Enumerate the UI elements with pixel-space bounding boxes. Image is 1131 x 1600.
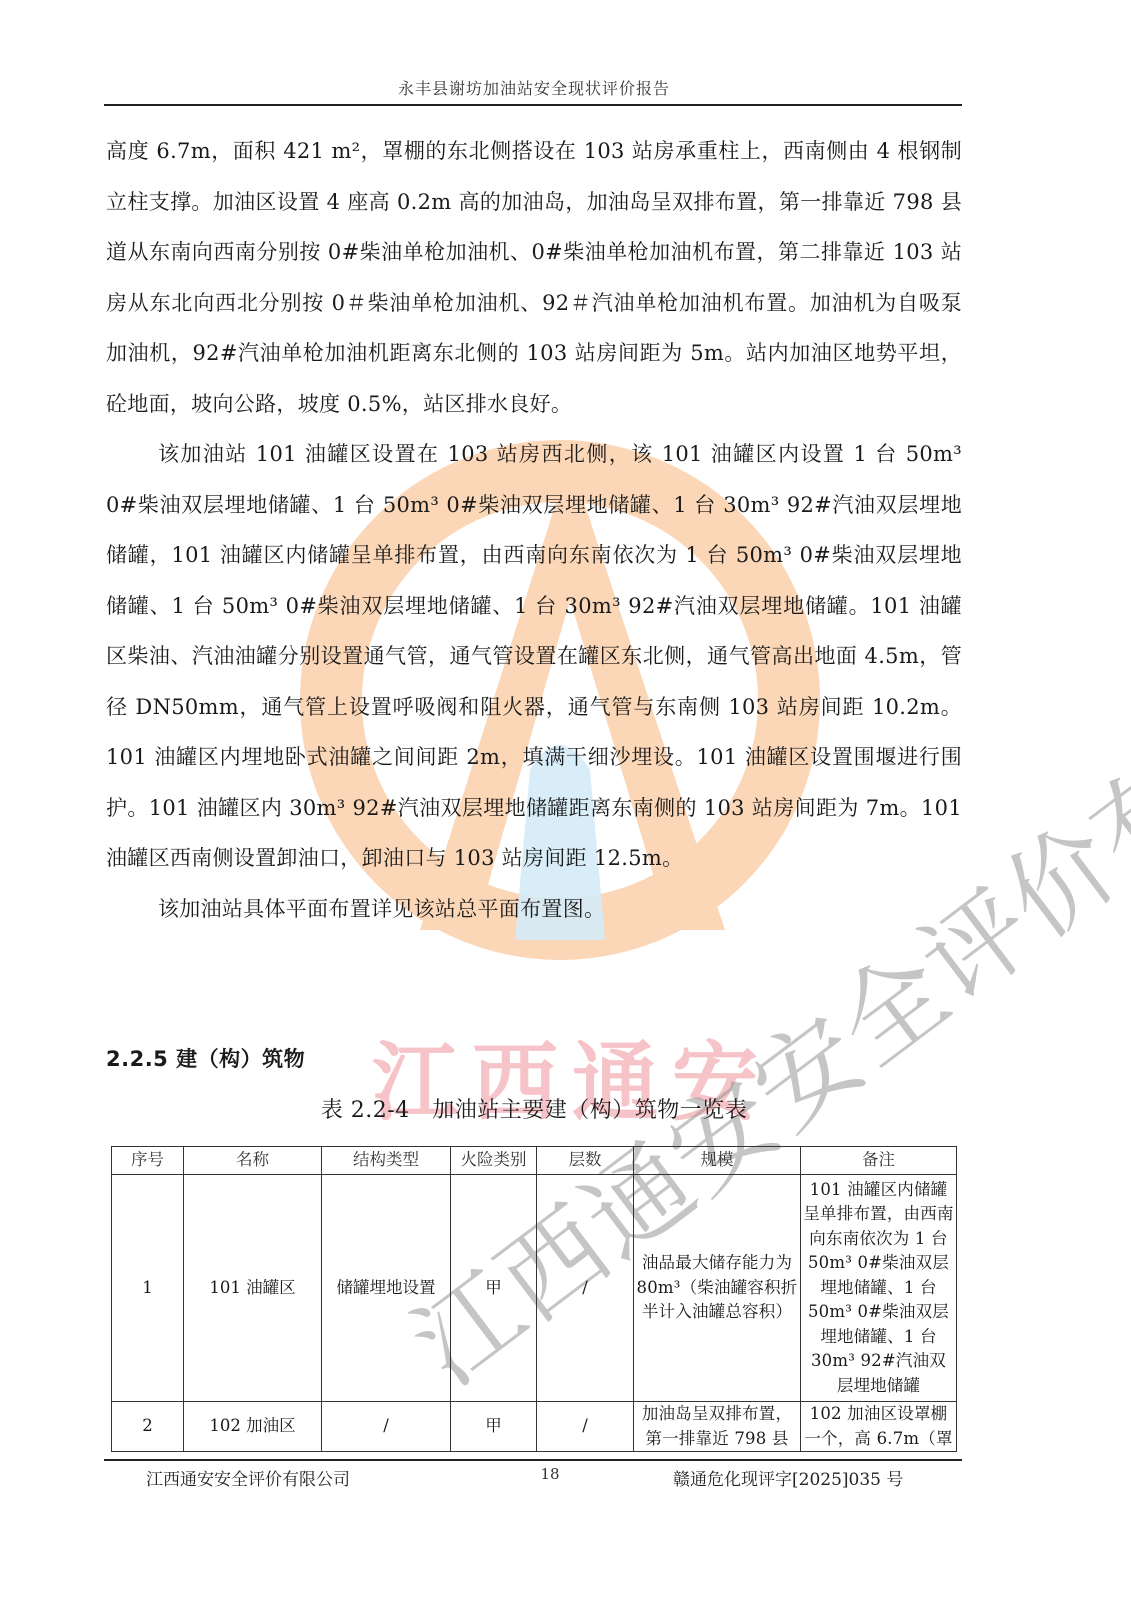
table-cell: / — [537, 1175, 634, 1402]
column-header: 备注 — [801, 1147, 957, 1175]
table-cell: 102 加油区 — [184, 1402, 322, 1452]
table-cell: 102 加油区设罩棚一个，高 6.7m（罩 — [801, 1402, 957, 1452]
table-cell: 加油岛呈双排布置，第一排靠近 798 县 — [634, 1402, 801, 1452]
column-header: 火险类别 — [451, 1147, 537, 1175]
table-cell: 储罐埋地设置 — [322, 1175, 451, 1402]
table-cell: 101 油罐区 — [184, 1175, 322, 1402]
body-text: 高度 6.7m，面积 421 m²，罩棚的东北侧搭设在 103 站房承重柱上，西… — [106, 126, 962, 934]
table-caption: 表 2.2-4 加油站主要建（构）筑物一览表 — [106, 1093, 962, 1124]
table-cell: 1 — [112, 1175, 184, 1402]
column-header: 名称 — [184, 1147, 322, 1175]
column-header: 层数 — [537, 1147, 634, 1175]
header-rule — [104, 104, 962, 106]
column-header: 结构类型 — [322, 1147, 451, 1175]
running-header-title: 永丰县谢坊加油站安全现状评价报告 — [106, 76, 962, 99]
table-cell: 甲 — [451, 1402, 537, 1452]
paragraph: 该加油站具体平面布置详见该站总平面布置图。 — [106, 884, 962, 935]
table-cell: / — [537, 1402, 634, 1452]
table-row: 2 102 加油区 / 甲 / 加油岛呈双排布置，第一排靠近 798 县 102… — [112, 1402, 957, 1452]
section-heading: 2.2.5 建（构）筑物 — [106, 1043, 305, 1073]
table-cell: 甲 — [451, 1175, 537, 1402]
table-cell: 101 油罐区内储罐呈单排布置，由西南向东南依次为 1 台 50m³ 0#柴油双… — [801, 1175, 957, 1402]
footer-rule — [104, 1459, 962, 1461]
paragraph: 该加油站 101 油罐区设置在 103 站房西北侧，该 101 油罐区内设置 1… — [106, 429, 962, 884]
paragraph: 高度 6.7m，面积 421 m²，罩棚的东北侧搭设在 103 站房承重柱上，西… — [106, 126, 962, 429]
footer-company: 江西通安安全评价有限公司 — [146, 1465, 350, 1490]
buildings-table: 序号 名称 结构类型 火险类别 层数 规模 备注 1 101 油罐区 储罐埋地设… — [111, 1146, 957, 1452]
document-page: 江西通安 江西通安安全评价有限公司 永丰县谢坊加油站安全现状评价报告 高度 6.… — [0, 0, 1131, 1600]
column-header: 序号 — [112, 1147, 184, 1175]
table-cell: / — [322, 1402, 451, 1452]
table-cell: 油品最大储存能力为 80m³（柴油罐容积折半计入油罐总容积） — [634, 1175, 801, 1402]
column-header: 规模 — [634, 1147, 801, 1175]
table-header-row: 序号 名称 结构类型 火险类别 层数 规模 备注 — [112, 1147, 957, 1175]
footer-doc-number: 赣通危化现评字[2025]035 号 — [673, 1465, 903, 1490]
table-row: 1 101 油罐区 储罐埋地设置 甲 / 油品最大储存能力为 80m³（柴油罐容… — [112, 1175, 957, 1402]
page-number: 18 — [530, 1465, 570, 1483]
table-cell: 2 — [112, 1402, 184, 1452]
